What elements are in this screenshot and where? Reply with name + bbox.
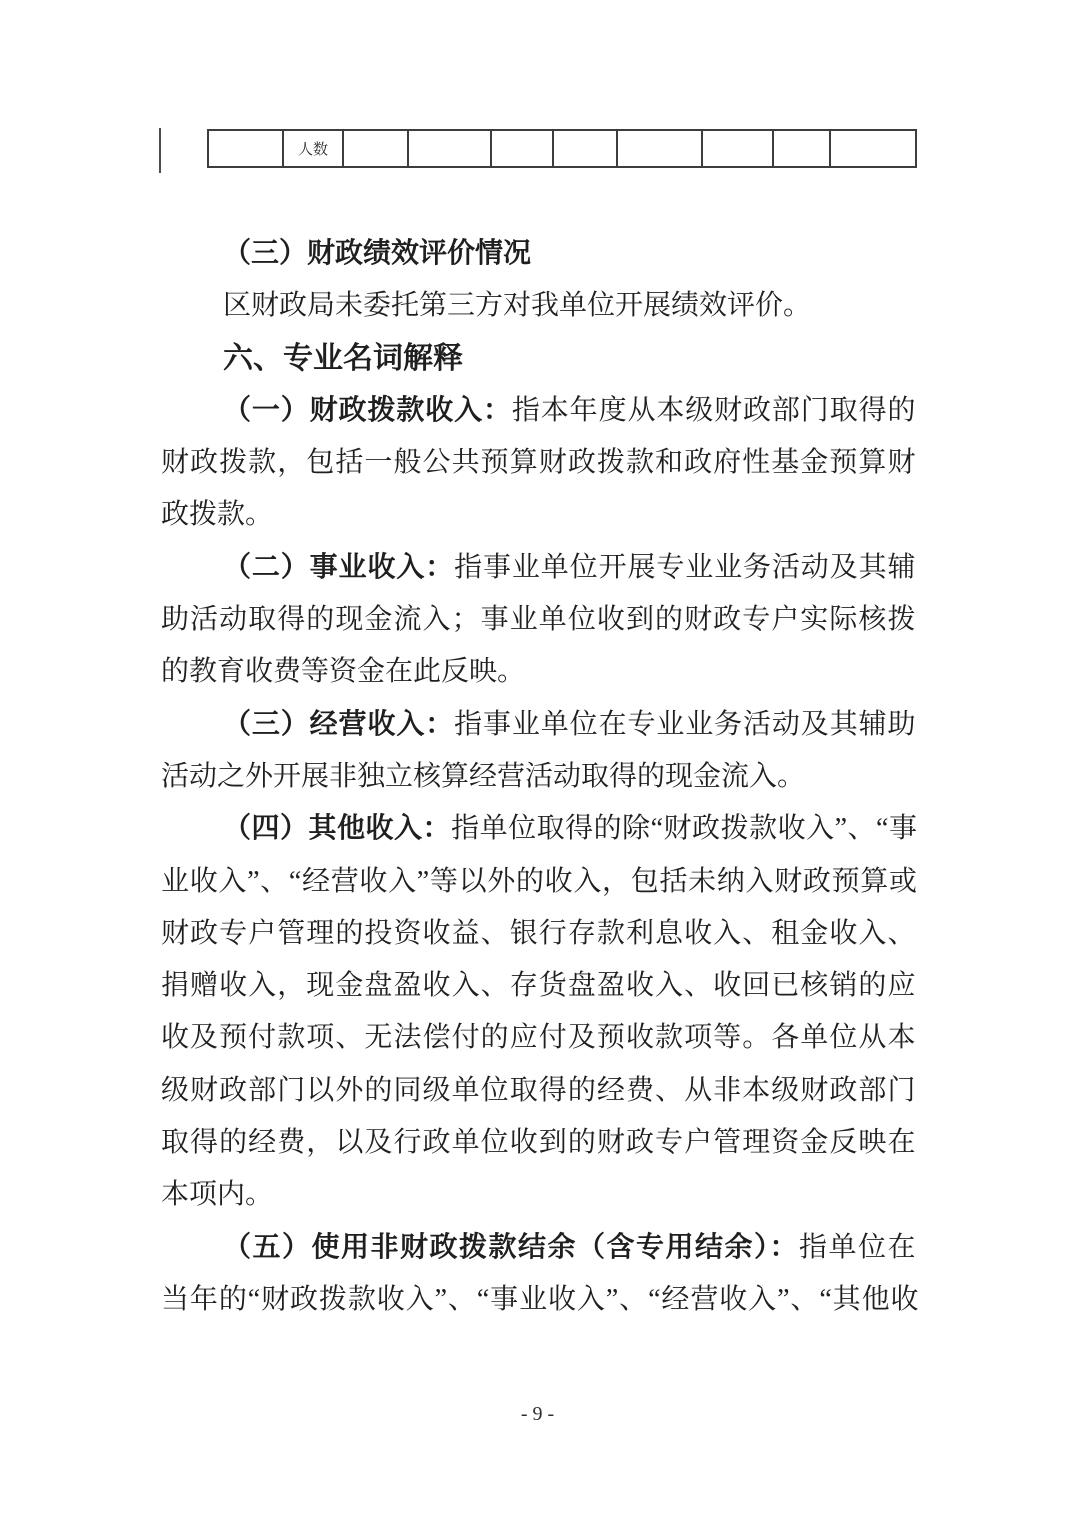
text-line: （四）其他收入：指单位取得的除“财政拨款收入”、“事: [161, 803, 915, 855]
heading-terms-section: 六、专业名词解释: [161, 333, 915, 385]
text-line: （二）事业收入：指事业单位开展专业业务活动及其辅: [161, 542, 915, 594]
term-label: （一）财政拨款收入：: [223, 395, 512, 426]
text-line: 取得的经费，以及行政单位收到的财政专户管理资金反映在: [161, 1117, 915, 1169]
text-line: 捐赠收入，现金盘盈收入、存货盘盈收入、收回已核销的应: [161, 960, 915, 1012]
table-cell: [830, 130, 916, 167]
term-label: （五）使用非财政拨款结余（含专用结余）：: [223, 1232, 799, 1263]
table-cell: [343, 130, 408, 167]
table-cell-renshu: 人数: [283, 130, 343, 167]
term-label: （四）其他收入：: [223, 813, 451, 844]
text-line: 的教育收费等资金在此反映。: [161, 646, 915, 698]
table-fragment: 人数: [207, 129, 917, 168]
page-margin-tick: [159, 128, 161, 173]
table-cell: [617, 130, 702, 167]
term-label: （三）经营收入：: [223, 709, 454, 740]
table-cell: [408, 130, 491, 167]
text-line: 政拨款。: [161, 489, 915, 541]
table-row: 人数: [208, 130, 916, 167]
text-line: 本项内。: [161, 1169, 915, 1221]
text-line: 财政专户管理的投资收益、银行存款利息收入、租金收入、: [161, 908, 915, 960]
text-line: （三）经营收入：指事业单位在专业业务活动及其辅助: [161, 699, 915, 751]
text-line: （五）使用非财政拨款结余（含专用结余）：指单位在: [161, 1222, 915, 1274]
text-line: 区财政局未委托第三方对我单位开展绩效评价。: [161, 280, 915, 332]
text-line: 当年的“财政拨款收入”、“事业收入”、“经营收入”、“其他收: [161, 1274, 915, 1326]
text-line: 级财政部门以外的同级单位取得的经费、从非本级财政部门: [161, 1065, 915, 1117]
document-page: 人数 （三）财政绩效评价情况 区财政局未委托第三方对我单位开展绩效评价。 六、专…: [0, 0, 1075, 1520]
term-definition: 指单位在: [799, 1232, 915, 1263]
document-body: （三）财政绩效评价情况 区财政局未委托第三方对我单位开展绩效评价。 六、专业名词…: [161, 228, 915, 1326]
term-definition: 指事业单位在专业业务活动及其辅助: [454, 709, 915, 740]
term-definition: 指事业单位开展专业业务活动及其辅: [454, 552, 915, 583]
term-label: （二）事业收入：: [223, 552, 454, 583]
page-number: - 9 -: [0, 1403, 1075, 1426]
text-line: （一）财政拨款收入：指本年度从本级财政部门取得的: [161, 385, 915, 437]
text-line: 收及预付款项、无法偿付的应付及预收款项等。各单位从本: [161, 1012, 915, 1064]
table-cell: [553, 130, 617, 167]
table-cell: [491, 130, 553, 167]
table-cell: [208, 130, 283, 167]
heading-performance-evaluation: （三）财政绩效评价情况: [161, 228, 915, 280]
term-definition: 指本年度从本级财政部门取得的: [512, 395, 915, 426]
table-cell: [773, 130, 830, 167]
table-cell: [702, 130, 773, 167]
text-line: 财政拨款，包括一般公共预算财政拨款和政府性基金预算财: [161, 437, 915, 489]
text-line: 业收入”、“经营收入”等以外的收入，包括未纳入财政预算或: [161, 856, 915, 908]
text-line: 活动之外开展非独立核算经营活动取得的现金流入。: [161, 751, 915, 803]
term-definition: 指单位取得的除“财政拨款收入”、“事: [451, 813, 915, 844]
text-line: 助活动取得的现金流入；事业单位收到的财政专户实际核拨: [161, 594, 915, 646]
